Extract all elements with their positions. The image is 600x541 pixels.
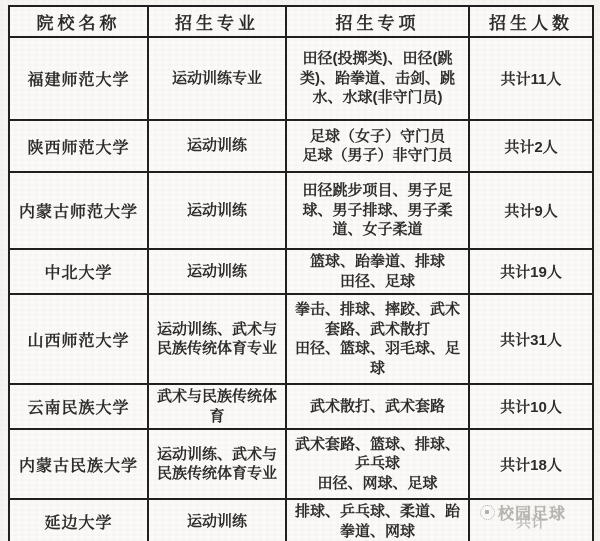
count-cell: 共计9人 bbox=[469, 172, 593, 249]
header-cell-institution: 院校名称 bbox=[9, 6, 148, 37]
table-row: 内蒙古师范大学 运动训练 田径跳步项目、男子足球、男子排球、男子柔道、女子柔道 … bbox=[9, 172, 593, 249]
table-row: 中北大学 运动训练 篮球、跆拳道、排球 田径、足球 共计19人 bbox=[9, 249, 593, 294]
institution-cell: 山西师范大学 bbox=[9, 294, 148, 384]
major-cell: 运动训练、武术与民族传统体育专业 bbox=[148, 429, 286, 499]
major-cell: 运动训练专业 bbox=[148, 37, 286, 120]
count-cell: 共计19人 bbox=[469, 249, 593, 294]
specialty-cell: 拳击、排球、摔跤、武术套路、武术散打 田径、篮球、羽毛球、足球 bbox=[286, 294, 469, 384]
major-cell: 运动训练 bbox=[148, 499, 286, 541]
institution-cell: 中北大学 bbox=[9, 249, 148, 294]
specialty-cell: 足球（女子）守门员 足球（男子）非守门员 bbox=[286, 120, 469, 172]
major-cell: 运动训练、武术与民族传统体育专业 bbox=[148, 294, 286, 384]
institution-cell: 内蒙古师范大学 bbox=[9, 172, 148, 249]
count-cell: 共计10人 bbox=[469, 384, 593, 429]
specialty-cell: 田径(投掷类)、田径(跳类)、跆拳道、击剑、跳水、水球(非守门员) bbox=[286, 37, 469, 120]
major-cell: 运动训练 bbox=[148, 249, 286, 294]
institution-cell: 内蒙古民族大学 bbox=[9, 429, 148, 499]
header-cell-major: 招生专业 bbox=[148, 6, 286, 37]
specialty-cell: 武术套路、篮球、排球、乒乓球 田径、网球、足球 bbox=[286, 429, 469, 499]
table-row: 福建师范大学 运动训练专业 田径(投掷类)、田径(跳类)、跆拳道、击剑、跳水、水… bbox=[9, 37, 593, 120]
header-cell-specialty: 招生专项 bbox=[286, 6, 469, 37]
admissions-table: 院校名称 招生专业 招生专项 招生人数 福建师范大学 运动训练专业 田径(投掷类… bbox=[8, 5, 594, 541]
count-cell: 共计2人 bbox=[469, 120, 593, 172]
major-cell: 武术与民族传统体育 bbox=[148, 384, 286, 429]
header-cell-count: 招生人数 bbox=[469, 6, 593, 37]
institution-cell: 延边大学 bbox=[9, 499, 148, 541]
table-row: 云南民族大学 武术与民族传统体育 武术散打、武术套路 共计10人 bbox=[9, 384, 593, 429]
specialty-cell: 武术散打、武术套路 bbox=[286, 384, 469, 429]
count-cell: 共计31人 bbox=[469, 294, 593, 384]
institution-cell: 陕西师范大学 bbox=[9, 120, 148, 172]
scanned-admissions-table-page: 院校名称 招生专业 招生专项 招生人数 福建师范大学 运动训练专业 田径(投掷类… bbox=[0, 0, 600, 541]
count-cell: 共计18人 bbox=[469, 429, 593, 499]
major-cell: 运动训练 bbox=[148, 120, 286, 172]
table-row: 延边大学 运动训练 排球、乒乓球、柔道、跆拳道、网球 共计 bbox=[9, 499, 593, 541]
institution-cell: 云南民族大学 bbox=[9, 384, 148, 429]
specialty-cell: 田径跳步项目、男子足球、男子排球、男子柔道、女子柔道 bbox=[286, 172, 469, 249]
specialty-cell: 排球、乒乓球、柔道、跆拳道、网球 bbox=[286, 499, 469, 541]
count-cell-watermarked: 共计 bbox=[469, 499, 593, 541]
specialty-cell: 篮球、跆拳道、排球 田径、足球 bbox=[286, 249, 469, 294]
count-cell: 共计11人 bbox=[469, 37, 593, 120]
table-row: 山西师范大学 运动训练、武术与民族传统体育专业 拳击、排球、摔跤、武术套路、武术… bbox=[9, 294, 593, 384]
header-row: 院校名称 招生专业 招生专项 招生人数 bbox=[9, 6, 593, 37]
major-cell: 运动训练 bbox=[148, 172, 286, 249]
count-ghost-text: 共计 bbox=[516, 514, 546, 531]
institution-cell: 福建师范大学 bbox=[9, 37, 148, 120]
table-row: 内蒙古民族大学 运动训练、武术与民族传统体育专业 武术套路、篮球、排球、乒乓球 … bbox=[9, 429, 593, 499]
table-row: 陕西师范大学 运动训练 足球（女子）守门员 足球（男子）非守门员 共计2人 bbox=[9, 120, 593, 172]
